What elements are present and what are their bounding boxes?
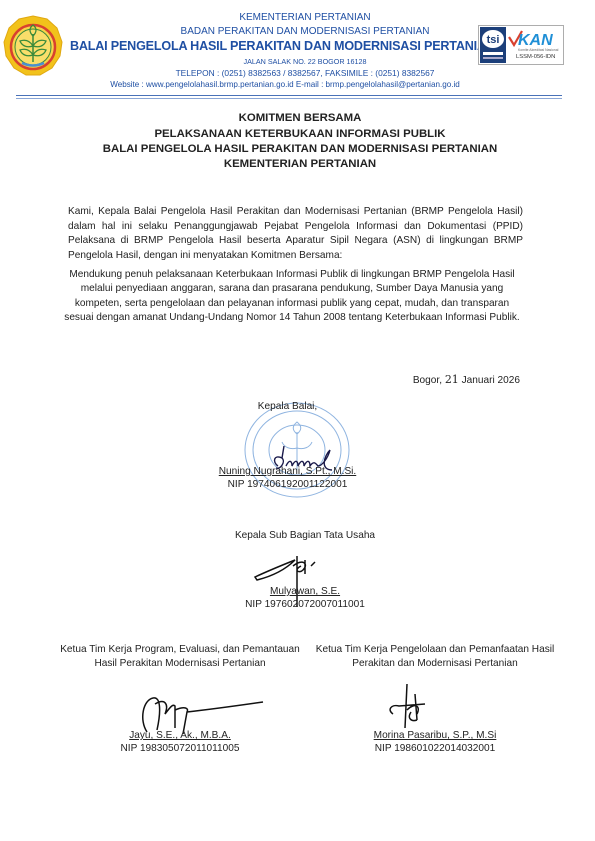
admin-name: Mulyawan, S.E. (180, 586, 430, 597)
head-title: Kepala Balai, (200, 401, 375, 412)
svg-text:tsi: tsi (487, 34, 500, 46)
doc-subtitle-2: BALAI PENGELOLA HASIL PERAKITAN DAN MODE… (40, 143, 560, 155)
right-signatory-nip: NIP 198601022014032001 (310, 743, 560, 754)
letterhead-address: JALAN SALAK NO. 22 BOGOR 16128 (140, 57, 470, 66)
head-name: Nuning Nugrahani, S.Pt., M.Si. (200, 466, 375, 477)
doc-title: KOMITMEN BERSAMA (40, 112, 560, 124)
letterhead-divider-thin (16, 98, 562, 99)
commitment-statement: Mendukung penuh pelaksanaan Keterbukaan … (62, 268, 522, 326)
svg-text:Komite Akreditasi Nasional: Komite Akreditasi Nasional (518, 48, 559, 52)
date-place: Bogor, (413, 375, 442, 386)
letterhead-divider (16, 95, 562, 96)
signing-date: Bogor, 21 Januari 2026 (380, 373, 520, 386)
head-nip: NIP 197406192001122001 (200, 479, 375, 490)
right-signatory-name: Morina Pasaribu, S.P., M.Si (310, 730, 560, 741)
date-day: 21 (445, 373, 459, 386)
intro-paragraph: Kami, Kepala Balai Pengelola Hasil Perak… (68, 205, 523, 263)
ministry-logo (2, 14, 64, 78)
doc-subtitle-3: KEMENTERIAN PERTANIAN (40, 158, 560, 170)
admin-nip: NIP 197602072007011001 (180, 599, 430, 610)
left-signatory-title: Ketua Tim Kerja Program, Evaluasi, dan P… (50, 643, 310, 670)
letterhead-office: BALAI PENGELOLA HASIL PERAKITAN DAN MODE… (70, 39, 470, 53)
svg-text:KAN: KAN (518, 32, 553, 49)
right-signatory-title: Ketua Tim Kerja Pengelolaan dan Pemanfaa… (310, 643, 560, 670)
letterhead-web-email: Website : www.pengelolahasil.brmp.pertan… (90, 80, 480, 89)
letterhead-agency: BADAN PERAKITAN DAN MODERNISASI PERTANIA… (140, 26, 470, 37)
left-signatory-nip: NIP 198305072011011005 (50, 743, 310, 754)
admin-title: Kepala Sub Bagian Tata Usaha (180, 530, 430, 541)
left-signatory-name: Jayu, S.E., Ak., M.B.A. (50, 730, 310, 741)
right-signature (385, 682, 435, 732)
letterhead-phone: TELEPON : (0251) 8382563 / 8382567, FAKS… (140, 68, 470, 78)
date-month-year: Januari 2026 (462, 375, 520, 386)
doc-subtitle-1: PELAKSANAAN KETERBUKAAN INFORMASI PUBLIK (40, 128, 560, 140)
svg-text:LSSM-056-IDN: LSSM-056-IDN (516, 54, 555, 60)
accreditation-badge: tsi KAN Komite Akreditasi Nasional LSSM-… (478, 25, 564, 65)
letterhead-ministry: KEMENTERIAN PERTANIAN (140, 12, 470, 23)
